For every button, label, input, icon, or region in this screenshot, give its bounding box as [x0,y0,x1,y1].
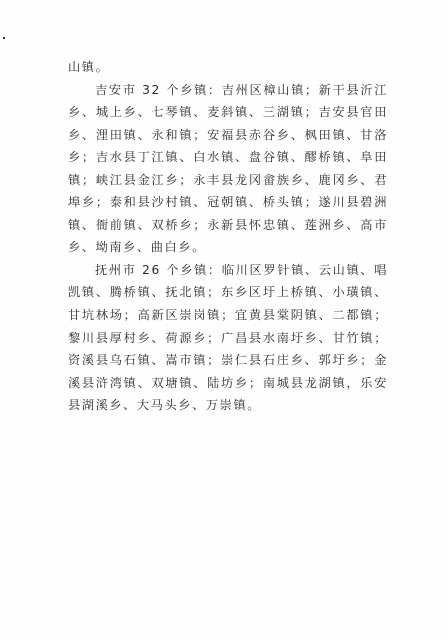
document-body: 山镇。 吉安市 32 个乡镇：吉州区樟山镇；新干县沂江乡、城上乡、七琴镇、麦斜镇… [68,56,388,417]
paragraph-jian-city-towns: 吉安市 32 个乡镇：吉州区樟山镇；新干县沂江乡、城上乡、七琴镇、麦斜镇、三湖镇… [68,79,388,259]
document-page: 山镇。 吉安市 32 个乡镇：吉州区樟山镇；新干县沂江乡、城上乡、七琴镇、麦斜镇… [0,0,448,638]
paragraph-continuation: 山镇。 [68,56,388,79]
scan-speck [3,37,5,39]
paragraph-fuzhou-city-towns: 抚州市 26 个乡镇：临川区罗针镇、云山镇、唱凯镇、腾桥镇、抚北镇；东乡区圩上桥… [68,259,388,417]
